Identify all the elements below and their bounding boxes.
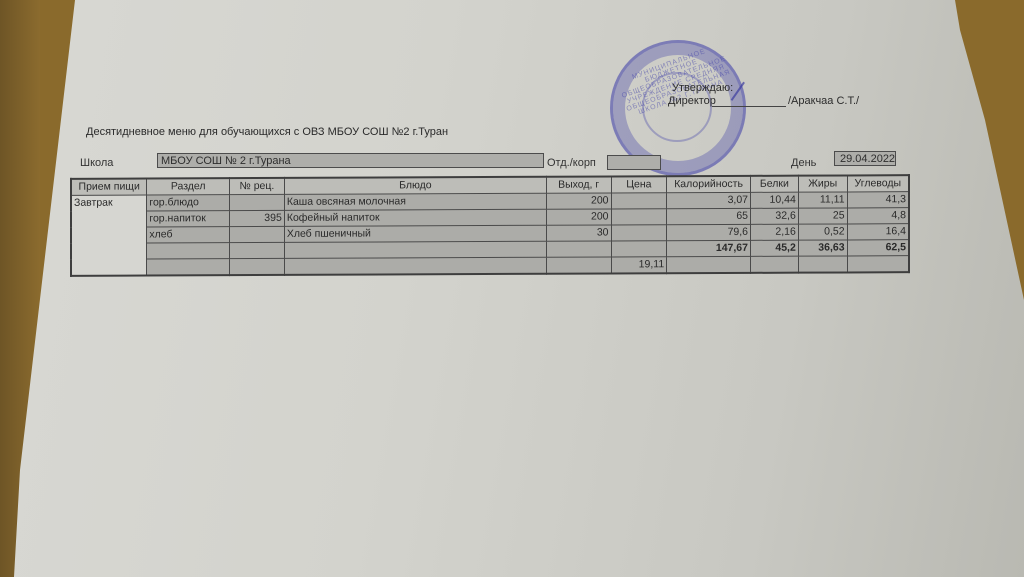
price-row: 19,11 <box>71 256 909 276</box>
dept-label: Отд./корп <box>547 157 596 169</box>
carbs-cell: 4,8 <box>847 208 909 224</box>
total-proteins: 45,2 <box>751 240 799 256</box>
price-cell <box>611 209 667 225</box>
empty-cell <box>147 243 230 259</box>
col-dish: Блюдо <box>284 177 546 195</box>
empty-cell <box>798 256 847 273</box>
col-proteins: Белки <box>751 176 799 193</box>
school-field: МБОУ СОШ № 2 г.Турана <box>157 153 544 168</box>
paper-sheet <box>0 0 1024 577</box>
price-cell <box>611 193 667 209</box>
col-recipe: № рец. <box>230 178 285 195</box>
yield-cell: 30 <box>546 225 611 241</box>
proteins-cell: 2,16 <box>751 224 799 240</box>
section-cell: гор.блюдо <box>147 195 230 211</box>
empty-cell <box>147 259 230 276</box>
dept-field <box>607 155 661 170</box>
meal-cell: Завтрак <box>71 195 147 276</box>
section-cell: гор.напиток <box>147 211 230 227</box>
empty-cell <box>847 256 909 273</box>
total-fats: 36,63 <box>798 240 847 256</box>
dish-cell: Кофейный напиток <box>284 209 546 226</box>
recipe-cell: 395 <box>230 210 285 226</box>
empty-cell <box>667 256 751 273</box>
empty-cell <box>546 257 611 274</box>
approval-title: Утверждаю: <box>672 82 733 94</box>
empty-cell <box>751 256 799 273</box>
fats-cell: 0,52 <box>798 224 847 240</box>
total-calories: 147,67 <box>667 240 751 256</box>
carbs-cell: 41,3 <box>847 192 909 208</box>
calories-cell: 65 <box>667 208 751 224</box>
empty-cell <box>230 242 285 258</box>
recipe-cell <box>230 226 285 242</box>
yield-cell: 200 <box>546 209 611 225</box>
proteins-cell: 10,44 <box>751 192 799 208</box>
recipe-cell <box>230 194 285 210</box>
col-calories: Калорийность <box>667 176 751 193</box>
proteins-cell: 32,6 <box>751 208 799 224</box>
total-carbs: 62,5 <box>847 240 909 256</box>
price-cell <box>611 225 667 241</box>
yield-cell: 200 <box>546 193 611 209</box>
day-field: 29.04.2022 <box>834 151 896 166</box>
school-label: Школа <box>80 157 113 169</box>
empty-cell <box>284 257 546 275</box>
empty-cell <box>284 241 546 258</box>
section-cell: хлеб <box>147 227 230 243</box>
dish-cell: Хлеб пшеничный <box>284 225 546 242</box>
col-fats: Жиры <box>798 175 847 192</box>
col-section: Раздел <box>147 178 230 195</box>
approval-name: /Аракчаа С.Т./ <box>788 95 859 107</box>
calories-cell: 79,6 <box>667 224 751 240</box>
empty-cell <box>546 241 611 257</box>
fats-cell: 11,11 <box>798 192 847 208</box>
calories-cell: 3,07 <box>667 192 751 208</box>
empty-cell <box>611 241 667 257</box>
approval-role: Директор <box>668 95 716 107</box>
carbs-cell: 16,4 <box>847 224 909 240</box>
price-total: 19,11 <box>611 257 667 274</box>
dish-cell: Каша овсяная молочная <box>284 193 546 210</box>
day-label: День <box>791 157 816 169</box>
col-price: Цена <box>611 176 667 193</box>
menu-table: Прием пищи Раздел № рец. Блюдо Выход, г … <box>70 174 910 277</box>
empty-cell <box>230 258 285 275</box>
fats-cell: 25 <box>798 208 847 224</box>
document-title: Десятидневное меню для обучающихся с ОВЗ… <box>86 126 448 138</box>
col-yield: Выход, г <box>546 176 611 193</box>
col-carbs: Углеводы <box>847 175 909 192</box>
col-meal: Прием пищи <box>71 178 147 195</box>
